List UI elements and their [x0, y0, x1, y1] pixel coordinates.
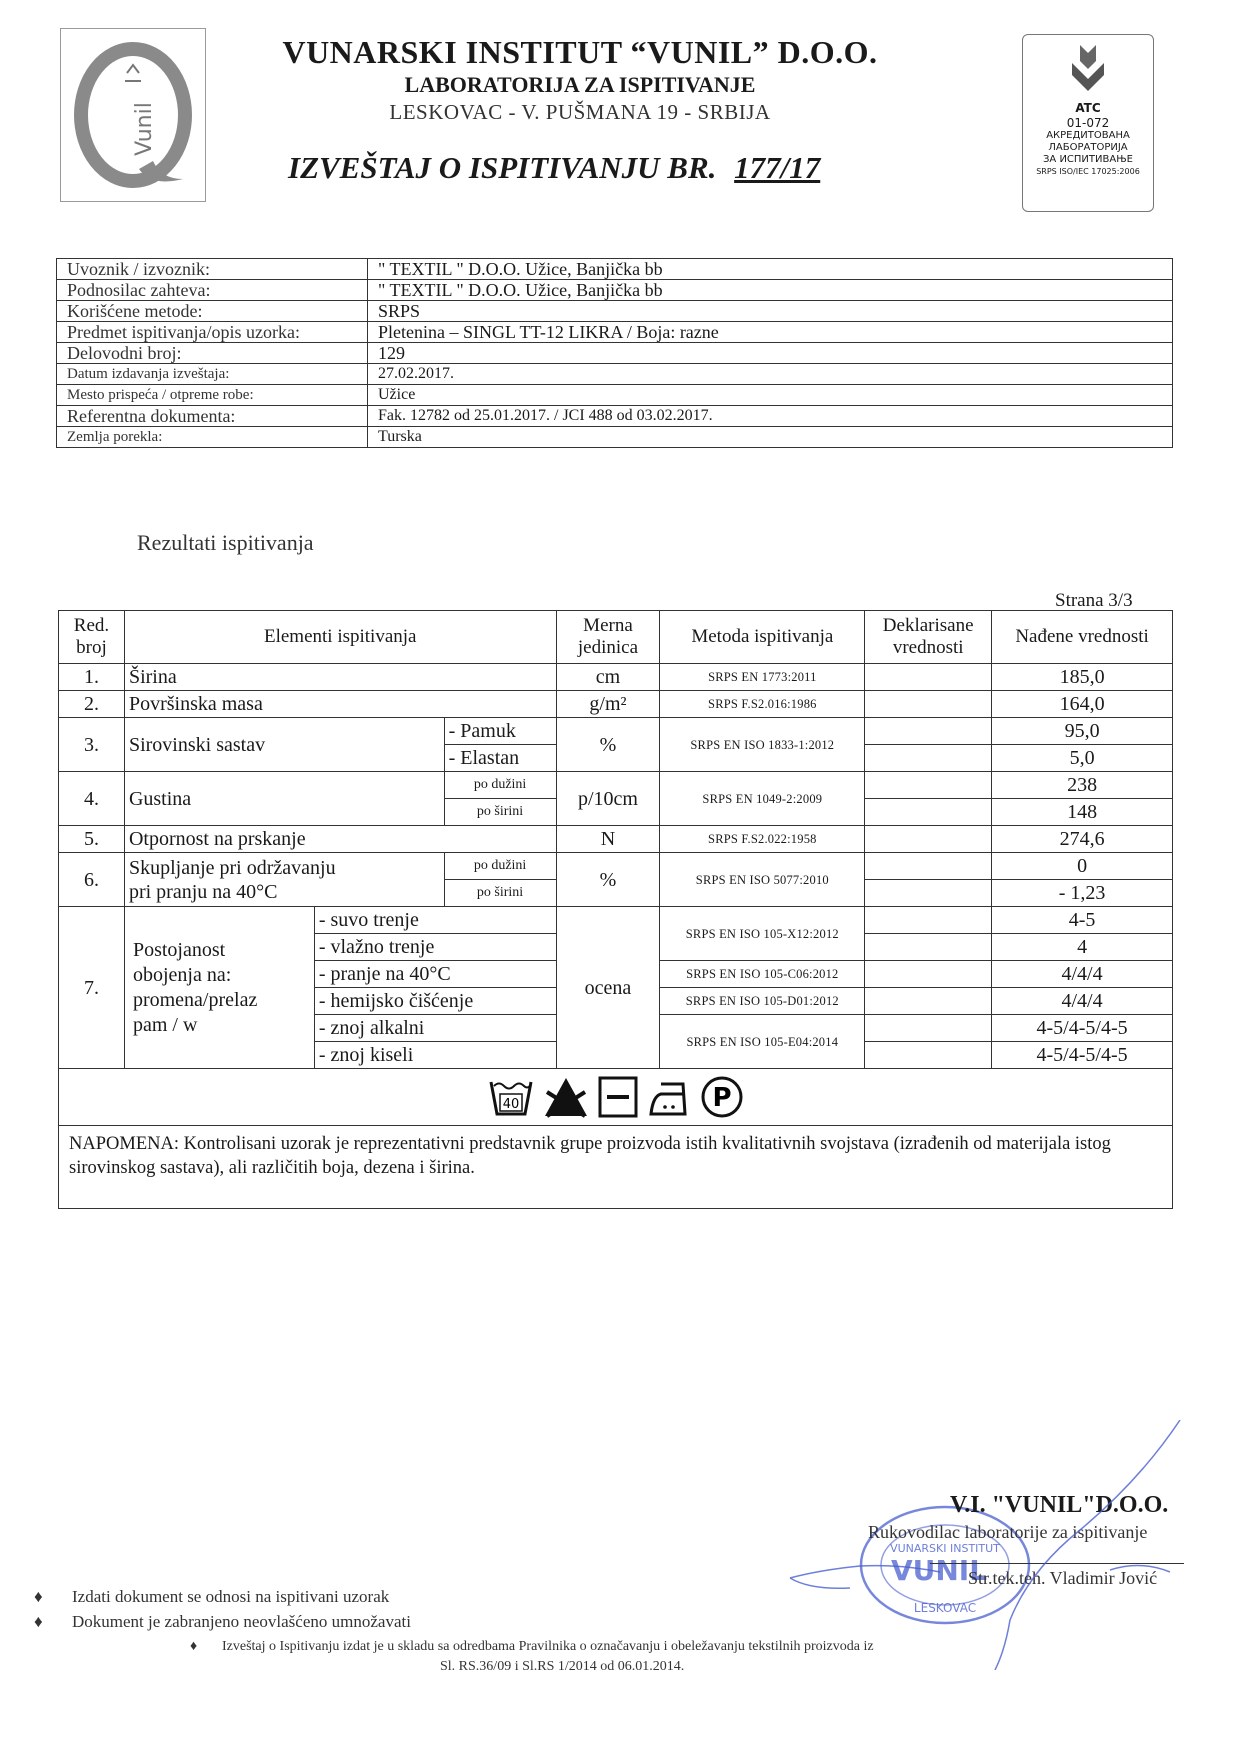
row-sub-element: - znoj alkalni — [314, 1015, 556, 1042]
row-unit: ocena — [556, 907, 660, 1069]
report-number: 177/17 — [724, 150, 830, 185]
report-title: IZVEŠTAJ O ISPITIVANJU BR. 177/17 — [288, 150, 830, 186]
info-row: Mesto prispeća / otpreme robe:Užice — [57, 385, 1173, 406]
institute-name: VUNARSKI INSTITUT “VUNIL” D.O.O. — [230, 34, 930, 71]
col-header-element: Elementi ispitivanja — [124, 611, 556, 664]
info-label: Uvoznik / izvoznik: — [57, 259, 368, 280]
footer-bullet-text: Izdati dokument se odnosi na ispitivani … — [72, 1587, 389, 1606]
vunil-q-logo: Vunil — [60, 28, 206, 202]
row-found: 5,0 — [992, 745, 1173, 772]
info-label: Podnosilac zahteva: — [57, 280, 368, 301]
page-number: Strana 3/3 — [1055, 590, 1133, 612]
row-found: 274,6 — [992, 826, 1173, 853]
row-no: 4. — [59, 772, 125, 826]
col-header-unit: Merna jedinica — [556, 611, 660, 664]
info-label: Zemlja porekla: — [57, 427, 368, 448]
row-declared — [865, 745, 992, 772]
row-element-line: obojenja na: — [133, 963, 310, 988]
care-symbols-row: 40 P — [59, 1069, 1173, 1126]
row-method: SRPS EN ISO 1833-1:2012 — [660, 718, 865, 772]
diamond-bullet-icon: ♦ — [190, 1639, 222, 1655]
row-found: 185,0 — [992, 664, 1173, 691]
note-row: NAPOMENA: Kontrolisani uzorak je repreze… — [59, 1126, 1173, 1209]
footer-bullet: ♦Izveštaj o Ispitivanju izdat je u sklad… — [190, 1639, 874, 1655]
atc-brand: ATC — [1023, 101, 1153, 115]
info-value: " TEXTIL " D.O.O. Užice, Banjička bb — [368, 280, 1173, 301]
row-no: 2. — [59, 691, 125, 718]
row-found: - 1,23 — [992, 880, 1173, 907]
info-row: Datum izdavanja izveštaja:27.02.2017. — [57, 364, 1173, 385]
atc-line: ЗА ИСПИТИВАЊЕ — [1023, 154, 1153, 166]
footer-bullet: ♦Izdati dokument se odnosi na ispitivani… — [34, 1587, 389, 1607]
lab-name: LABORATORIJA ZA ISPITIVANJE — [230, 72, 930, 98]
info-label: Mesto prispeća / otpreme robe: — [57, 385, 368, 406]
row-declared — [865, 934, 992, 961]
row-element-line: pam / w — [133, 1013, 310, 1038]
info-label: Korišćene metode: — [57, 301, 368, 322]
row-no: 7. — [59, 907, 125, 1069]
row-no: 1. — [59, 664, 125, 691]
col-header-declared: Deklarisane vrednosti — [865, 611, 992, 664]
row-sub-element: po dužini — [444, 772, 556, 799]
row-declared — [865, 664, 992, 691]
info-value: " TEXTIL " D.O.O. Užice, Banjička bb — [368, 259, 1173, 280]
row-declared — [865, 718, 992, 745]
table-row: 1. Širina cm SRPS EN 1773:2011 185,0 — [59, 664, 1173, 691]
row-sub-element: po širini — [444, 799, 556, 826]
row-method: SRPS EN ISO 105-E04:2014 — [660, 1015, 865, 1069]
info-row: Zemlja porekla:Turska — [57, 427, 1173, 448]
row-declared — [865, 1015, 992, 1042]
results-header-row: Red. broj Elementi ispitivanja Merna jed… — [59, 611, 1173, 664]
row-declared — [865, 988, 992, 1015]
row-unit: g/m² — [556, 691, 660, 718]
svg-text:Vunil: Vunil — [132, 102, 157, 156]
col-header-no: Red. broj — [59, 611, 125, 664]
row-sub-element: - vlažno trenje — [314, 934, 556, 961]
row-sub-element: po širini — [444, 880, 556, 907]
row-element: Površinska masa — [124, 691, 556, 718]
footer-bullet: ♦Dokument je zabranjeno neovlašćeno umno… — [34, 1612, 411, 1632]
row-unit: N — [556, 826, 660, 853]
row-declared — [865, 799, 992, 826]
info-row: Uvoznik / izvoznik:" TEXTIL " D.O.O. Uži… — [57, 259, 1173, 280]
footer-bullet-continuation: Sl. RS.36/09 i Sl.RS 1/2014 od 06.01.201… — [440, 1659, 684, 1675]
report-info-table: Uvoznik / izvoznik:" TEXTIL " D.O.O. Uži… — [56, 258, 1173, 448]
info-value: Pletenina – SINGL TT-12 LIKRA / Boja: ra… — [368, 322, 1173, 343]
footer-bullet-text: Izveštaj o Ispitivanju izdat je u skladu… — [222, 1639, 874, 1654]
table-row: 3. Sirovinski sastav - Pamuk % SRPS EN I… — [59, 718, 1173, 745]
results-table: Red. broj Elementi ispitivanja Merna jed… — [58, 610, 1173, 1209]
info-value: 129 — [368, 343, 1173, 364]
row-sub-element: - hemijsko čišćenje — [314, 988, 556, 1015]
no-bleach-icon — [543, 1076, 589, 1118]
row-declared — [865, 691, 992, 718]
diamond-bullet-icon: ♦ — [34, 1612, 72, 1632]
row-found: 4/4/4 — [992, 961, 1173, 988]
atc-code: 01-072 — [1023, 116, 1153, 130]
row-method: SRPS F.S2.022:1958 — [660, 826, 865, 853]
info-value: SRPS — [368, 301, 1173, 322]
row-method: SRPS EN ISO 105-X12:2012 — [660, 907, 865, 961]
row-found: 4-5 — [992, 907, 1173, 934]
report-title-prefix: IZVEŠTAJ O ISPITIVANJU BR. — [288, 150, 716, 185]
row-sub-element: po dužini — [444, 853, 556, 880]
dry-clean-p-icon: P — [700, 1075, 744, 1119]
row-method: SRPS F.S2.016:1986 — [660, 691, 865, 718]
info-label: Referentna dokumenta: — [57, 406, 368, 427]
results-section-title: Rezultati ispitivanja — [137, 530, 314, 556]
row-element: Postojanost obojenja na: promena/prelaz … — [124, 907, 314, 1069]
row-declared — [865, 880, 992, 907]
wash-40-icon: 40 — [488, 1076, 534, 1118]
table-row: 7. Postojanost obojenja na: promena/prel… — [59, 907, 1173, 934]
info-row: Referentna dokumenta:Fak. 12782 od 25.01… — [57, 406, 1173, 427]
row-element: Skupljanje pri održavanju pri pranju na … — [124, 853, 444, 907]
row-found: 238 — [992, 772, 1173, 799]
row-found: 0 — [992, 853, 1173, 880]
info-label: Predmet ispitivanja/opis uzorka: — [57, 322, 368, 343]
svg-text:40: 40 — [502, 1097, 519, 1112]
atc-standard: SRPS ISO/IEC 17025:2006 — [1023, 167, 1153, 176]
row-method: SRPS EN ISO 105-D01:2012 — [660, 988, 865, 1015]
info-value: Užice — [368, 385, 1173, 406]
accreditation-badge: ATC 01-072 АКРЕДИТОВАНА ЛАБОРАТОРИЈА ЗА … — [1022, 34, 1154, 212]
row-unit: cm — [556, 664, 660, 691]
row-sub-element: - pranje na 40°C — [314, 961, 556, 988]
row-method: SRPS EN 1773:2011 — [660, 664, 865, 691]
info-value: 27.02.2017. — [368, 364, 1173, 385]
svg-text:P: P — [712, 1083, 731, 1113]
row-found: 4 — [992, 934, 1173, 961]
iron-medium-icon — [647, 1076, 691, 1118]
row-element: Otpornost na prskanje — [124, 826, 556, 853]
care-symbols: 40 P — [59, 1069, 1173, 1126]
row-sub-element: - znoj kiseli — [314, 1042, 556, 1069]
row-element-line: pri pranju na 40°C — [129, 880, 440, 904]
row-sub-element: - suvo trenje — [314, 907, 556, 934]
row-method: SRPS EN ISO 105-C06:2012 — [660, 961, 865, 988]
row-found: 164,0 — [992, 691, 1173, 718]
row-method: SRPS EN 1049-2:2009 — [660, 772, 865, 826]
row-found: 4-5/4-5/4-5 — [992, 1042, 1173, 1069]
row-no: 3. — [59, 718, 125, 772]
footer-bullet-text: Dokument je zabranjeno neovlašćeno umnož… — [72, 1612, 411, 1631]
info-label: Datum izdavanja izveštaja: — [57, 364, 368, 385]
info-label: Delovodni broj: — [57, 343, 368, 364]
row-found: 148 — [992, 799, 1173, 826]
row-element-line: promena/prelaz — [133, 988, 310, 1013]
table-row: 5. Otpornost na prskanje N SRPS F.S2.022… — [59, 826, 1173, 853]
address: LESKOVAC - V. PUŠMANA 19 - SRBIJA — [230, 100, 930, 125]
row-no: 6. — [59, 853, 125, 907]
row-unit: % — [556, 853, 660, 907]
info-row: Podnosilac zahteva:" TEXTIL " D.O.O. Uži… — [57, 280, 1173, 301]
row-declared — [865, 907, 992, 934]
row-found: 4/4/4 — [992, 988, 1173, 1015]
col-header-found: Nađene vrednosti — [992, 611, 1173, 664]
col-header-method: Metoda ispitivanja — [660, 611, 865, 664]
row-unit: p/10cm — [556, 772, 660, 826]
row-declared — [865, 853, 992, 880]
table-row: 2. Površinska masa g/m² SRPS F.S2.016:19… — [59, 691, 1173, 718]
row-unit: % — [556, 718, 660, 772]
handwritten-signature-icon — [780, 1420, 1220, 1670]
diamond-bullet-icon: ♦ — [34, 1587, 72, 1607]
q-logo-icon: Vunil — [61, 29, 205, 201]
row-sub-element: - Elastan — [444, 745, 556, 772]
dry-flat-icon — [598, 1076, 638, 1118]
row-declared — [865, 826, 992, 853]
info-value: Fak. 12782 od 25.01.2017. / JCI 488 od 0… — [368, 406, 1173, 427]
atc-logo-icon — [1066, 43, 1110, 95]
row-element: Širina — [124, 664, 556, 691]
row-element: Gustina — [124, 772, 444, 826]
atc-line: ЛАБОРАТОРИЈА — [1023, 142, 1153, 154]
info-row: Predmet ispitivanja/opis uzorka:Pletenin… — [57, 322, 1173, 343]
info-row: Delovodni broj:129 — [57, 343, 1173, 364]
note-text: NAPOMENA: Kontrolisani uzorak je repreze… — [59, 1126, 1173, 1209]
table-row: 4. Gustina po dužini p/10cm SRPS EN 1049… — [59, 772, 1173, 799]
row-sub-element: - Pamuk — [444, 718, 556, 745]
row-declared — [865, 1042, 992, 1069]
row-declared — [865, 961, 992, 988]
row-found: 95,0 — [992, 718, 1173, 745]
row-element: Sirovinski sastav — [124, 718, 444, 772]
info-row: Korišćene metode:SRPS — [57, 301, 1173, 322]
info-value: Turska — [368, 427, 1173, 448]
row-no: 5. — [59, 826, 125, 853]
row-element-line: Postojanost — [133, 938, 310, 963]
row-declared — [865, 772, 992, 799]
table-row: 6. Skupljanje pri održavanju pri pranju … — [59, 853, 1173, 880]
atc-line: АКРЕДИТОВАНА — [1023, 130, 1153, 142]
row-method: SRPS EN ISO 5077:2010 — [660, 853, 865, 907]
row-element-line: Skupljanje pri održavanju — [129, 856, 440, 880]
row-found: 4-5/4-5/4-5 — [992, 1015, 1173, 1042]
